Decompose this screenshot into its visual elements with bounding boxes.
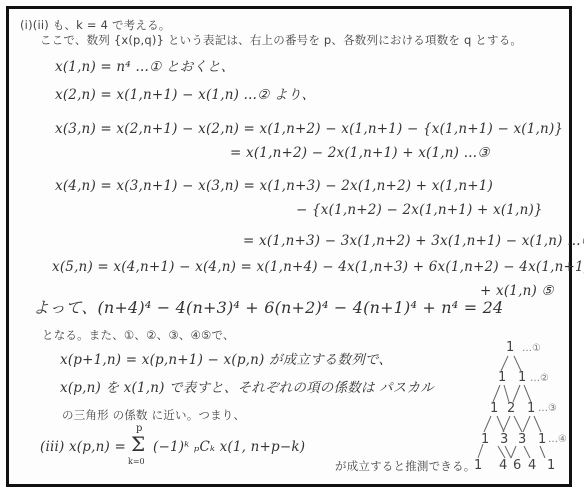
pascal-row-5-value-3: 6 bbox=[513, 458, 521, 473]
pascal-row-1-value-1: 1 bbox=[506, 340, 514, 355]
pascal-row-1-label: …① bbox=[522, 343, 541, 354]
pascal-row-3-value-1: 1 bbox=[490, 401, 498, 416]
pascal-row-3-value-2: 2 bbox=[507, 401, 515, 416]
pascal-connector-lines bbox=[0, 0, 584, 501]
pascal-row-5-value-1: 1 bbox=[474, 458, 482, 473]
pascal-row-4-value-2: 3 bbox=[500, 432, 508, 447]
pascal-row-2-value-2: 1 bbox=[518, 370, 526, 385]
pascal-row-3-value-3: 1 bbox=[527, 401, 535, 416]
pascal-row-3-label: …③ bbox=[538, 403, 557, 414]
pascal-row-5-value-5: 1 bbox=[547, 458, 555, 473]
pascal-row-2-value-1: 1 bbox=[498, 370, 506, 385]
pascal-row-4-value-1: 1 bbox=[481, 432, 489, 447]
pascal-row-2-label: …② bbox=[530, 373, 549, 384]
pascal-row-4-value-4: 1 bbox=[538, 432, 546, 447]
pascal-row-5-value-2: 4 bbox=[499, 458, 507, 473]
pascal-row-4-value-3: 3 bbox=[518, 432, 526, 447]
pascal-row-5-value-4: 4 bbox=[528, 458, 536, 473]
pascal-row-4-label: …④ bbox=[548, 434, 567, 445]
